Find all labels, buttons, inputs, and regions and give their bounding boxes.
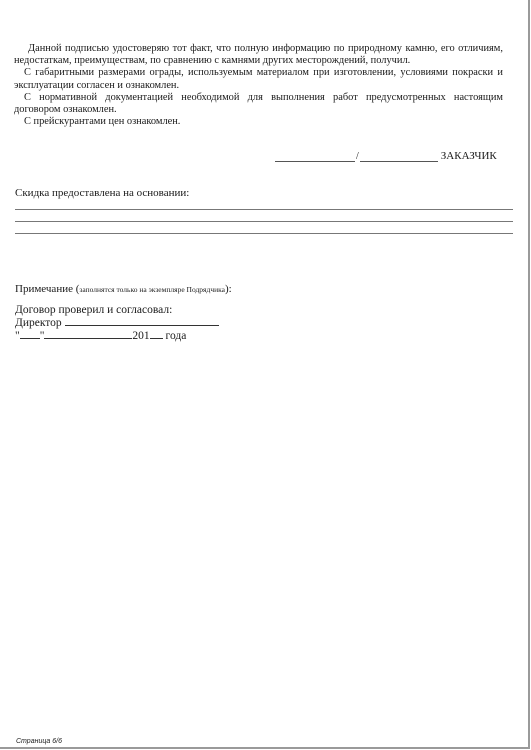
signature-name-line[interactable] — [360, 151, 438, 162]
customer-signature-row: / ЗАКАЗЧИК — [275, 150, 497, 162]
paragraph-price-lists: С прейскурантами цен ознакомлен. — [14, 116, 503, 128]
paragraph-stone-info: Данной подписью удостоверяю тот факт, чт… — [14, 43, 503, 67]
signature-separator: / — [356, 151, 359, 162]
page-number-footer: Страница 6/6 — [16, 738, 62, 745]
approval-block: Договор проверил и согласовал: Директор … — [15, 305, 219, 342]
discount-blank-line-2[interactable] — [15, 221, 513, 222]
document-page: Данной подписью удостоверяю тот факт, чт… — [0, 0, 530, 749]
paragraph-normative-docs: С нормативной документацией необходимой … — [14, 92, 503, 116]
customer-label: ЗАКАЗЧИК — [441, 150, 497, 162]
date-row: ""201 года — [15, 329, 219, 342]
director-row: Директор — [15, 316, 219, 329]
director-signature-line[interactable] — [65, 316, 219, 326]
month-blank[interactable] — [44, 329, 132, 339]
approval-title: Договор проверил и согласовал: — [15, 305, 219, 316]
note-line: Примечание (заполнятся только на экземпл… — [15, 283, 232, 295]
paragraph-fence-dimensions: С габаритными размерами ограды, использу… — [14, 67, 503, 91]
year-suffix: года — [166, 330, 187, 342]
note-label: Примечание ( — [15, 283, 79, 295]
year-blank[interactable] — [150, 329, 163, 339]
day-blank[interactable] — [20, 329, 40, 339]
director-label: Директор — [15, 317, 62, 329]
discount-blank-line-1[interactable] — [15, 209, 513, 210]
year-prefix: 201 — [132, 330, 149, 342]
note-small-text: заполнятся только на экземпляре Подрядчи… — [79, 285, 225, 294]
discount-blank-line-3[interactable] — [15, 233, 513, 234]
discount-basis-label: Скидка предоставлена на основании: — [15, 187, 189, 199]
signature-line[interactable] — [275, 151, 355, 162]
acknowledgement-text: Данной подписью удостоверяю тот факт, чт… — [14, 43, 503, 128]
note-tail: ): — [225, 283, 232, 295]
